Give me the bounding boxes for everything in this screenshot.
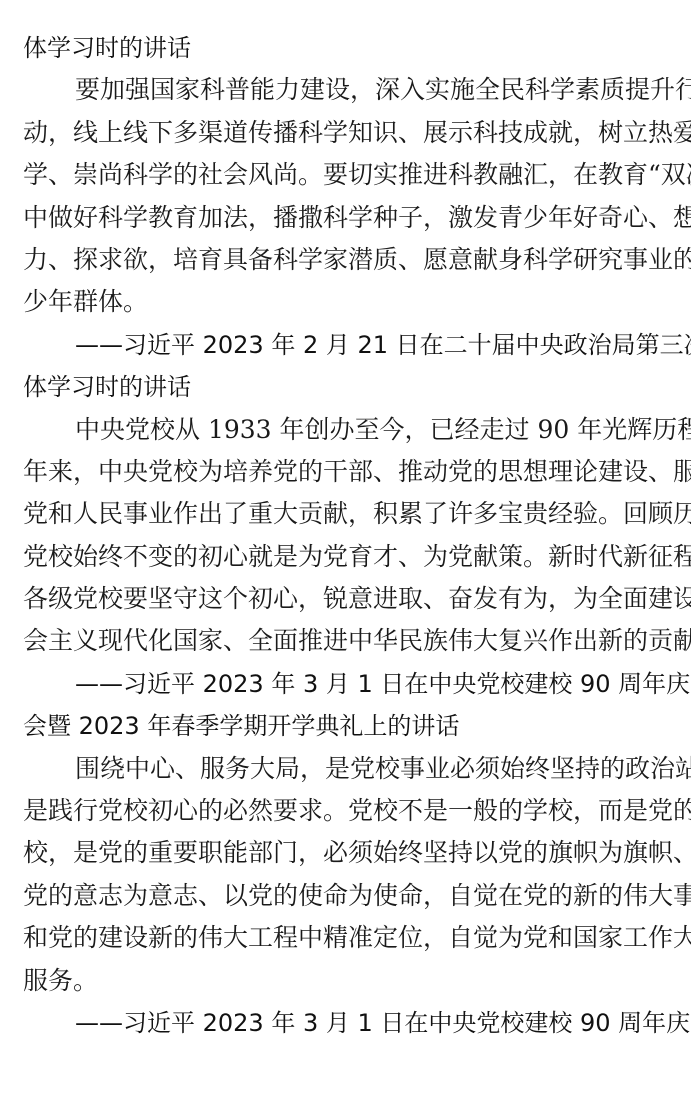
quote-paragraph-party-school-history: 中央党校从 1933 年创办至今，已经走过 90 年光辉历程。90 年来，中央党… (23, 409, 669, 663)
quote-line: 党和人民事业作出了重大贡献，积累了许多宝贵经验。回顾历史， (23, 493, 669, 535)
quote-line: 会主义现代化国家、全面推进中华民族伟大复兴作出新的贡献。 (23, 620, 669, 662)
quote-paragraph-party-school-mission: 围绕中心、服务大局，是党校事业必须始终坚持的政治站位， 是践行党校初心的必然要求… (23, 748, 669, 1002)
quote-line: 围绕中心、服务大局，是党校事业必须始终坚持的政治站位， (23, 748, 669, 790)
attribution-feb-21: ——习近平 2023 年 2 月 21 日在二十届中央政治局第三次集 体学习时的… (23, 324, 669, 409)
quote-line: 校，是党的重要职能部门，必须始终坚持以党的旗帜为旗帜、以 (23, 832, 669, 874)
quote-line: 中做好科学教育加法，播撒科学种子，激发青少年好奇心、想象 (23, 197, 669, 239)
quote-line: 年来，中央党校为培养党的干部、推动党的思想理论建设、服务 (23, 451, 669, 493)
document-page: 体学习时的讲话 要加强国家科普能力建设，深入实施全民科学素质提升行 动，线上线下… (23, 27, 669, 1044)
attribution-line: ——习近平 2023 年 3 月 1 日在中央党校建校 90 周年庆祝大 (23, 1002, 669, 1044)
quote-line: 服务。 (23, 960, 669, 1002)
quote-line: 力、探求欲，培育具备科学家潜质、愿意献身科学研究事业的青 (23, 239, 669, 281)
quote-line: 少年群体。 (23, 281, 669, 323)
quote-line: 党的意志为意志、以党的使命为使命，自觉在党的新的伟大事业 (23, 875, 669, 917)
quote-line: 和党的建设新的伟大工程中精准定位，自觉为党和国家工作大局 (23, 917, 669, 959)
attribution-line: ——习近平 2023 年 2 月 21 日在二十届中央政治局第三次集 (23, 324, 669, 366)
quote-line: 是践行党校初心的必然要求。党校不是一般的学校，而是党的学 (23, 790, 669, 832)
quote-line: 党校始终不变的初心就是为党育才、为党献策。新时代新征程， (23, 536, 669, 578)
attribution-mar-1-b: ——习近平 2023 年 3 月 1 日在中央党校建校 90 周年庆祝大 (23, 1002, 669, 1044)
attribution-line: 会暨 2023 年春季学期开学典礼上的讲话 (23, 705, 669, 747)
quote-line: 各级党校要坚守这个初心，锐意进取、奋发有为，为全面建设社 (23, 578, 669, 620)
quote-line: 学、崇尚科学的社会风尚。要切实推进科教融汇，在教育“双减” (23, 154, 669, 196)
quote-line: 中央党校从 1933 年创办至今，已经走过 90 年光辉历程。90 (23, 409, 669, 451)
attribution-line: 体学习时的讲话 (23, 366, 669, 408)
attribution-line: ——习近平 2023 年 3 月 1 日在中央党校建校 90 周年庆祝大 (23, 663, 669, 705)
quote-paragraph-science: 要加强国家科普能力建设，深入实施全民科学素质提升行 动，线上线下多渠道传播科学知… (23, 69, 669, 323)
quote-line: 要加强国家科普能力建设，深入实施全民科学素质提升行 (23, 69, 669, 111)
attribution-continuation-line: 体学习时的讲话 (23, 27, 669, 69)
attribution-mar-1-a: ——习近平 2023 年 3 月 1 日在中央党校建校 90 周年庆祝大 会暨 … (23, 663, 669, 748)
quote-line: 动，线上线下多渠道传播科学知识、展示科技成就，树立热爱科 (23, 112, 669, 154)
